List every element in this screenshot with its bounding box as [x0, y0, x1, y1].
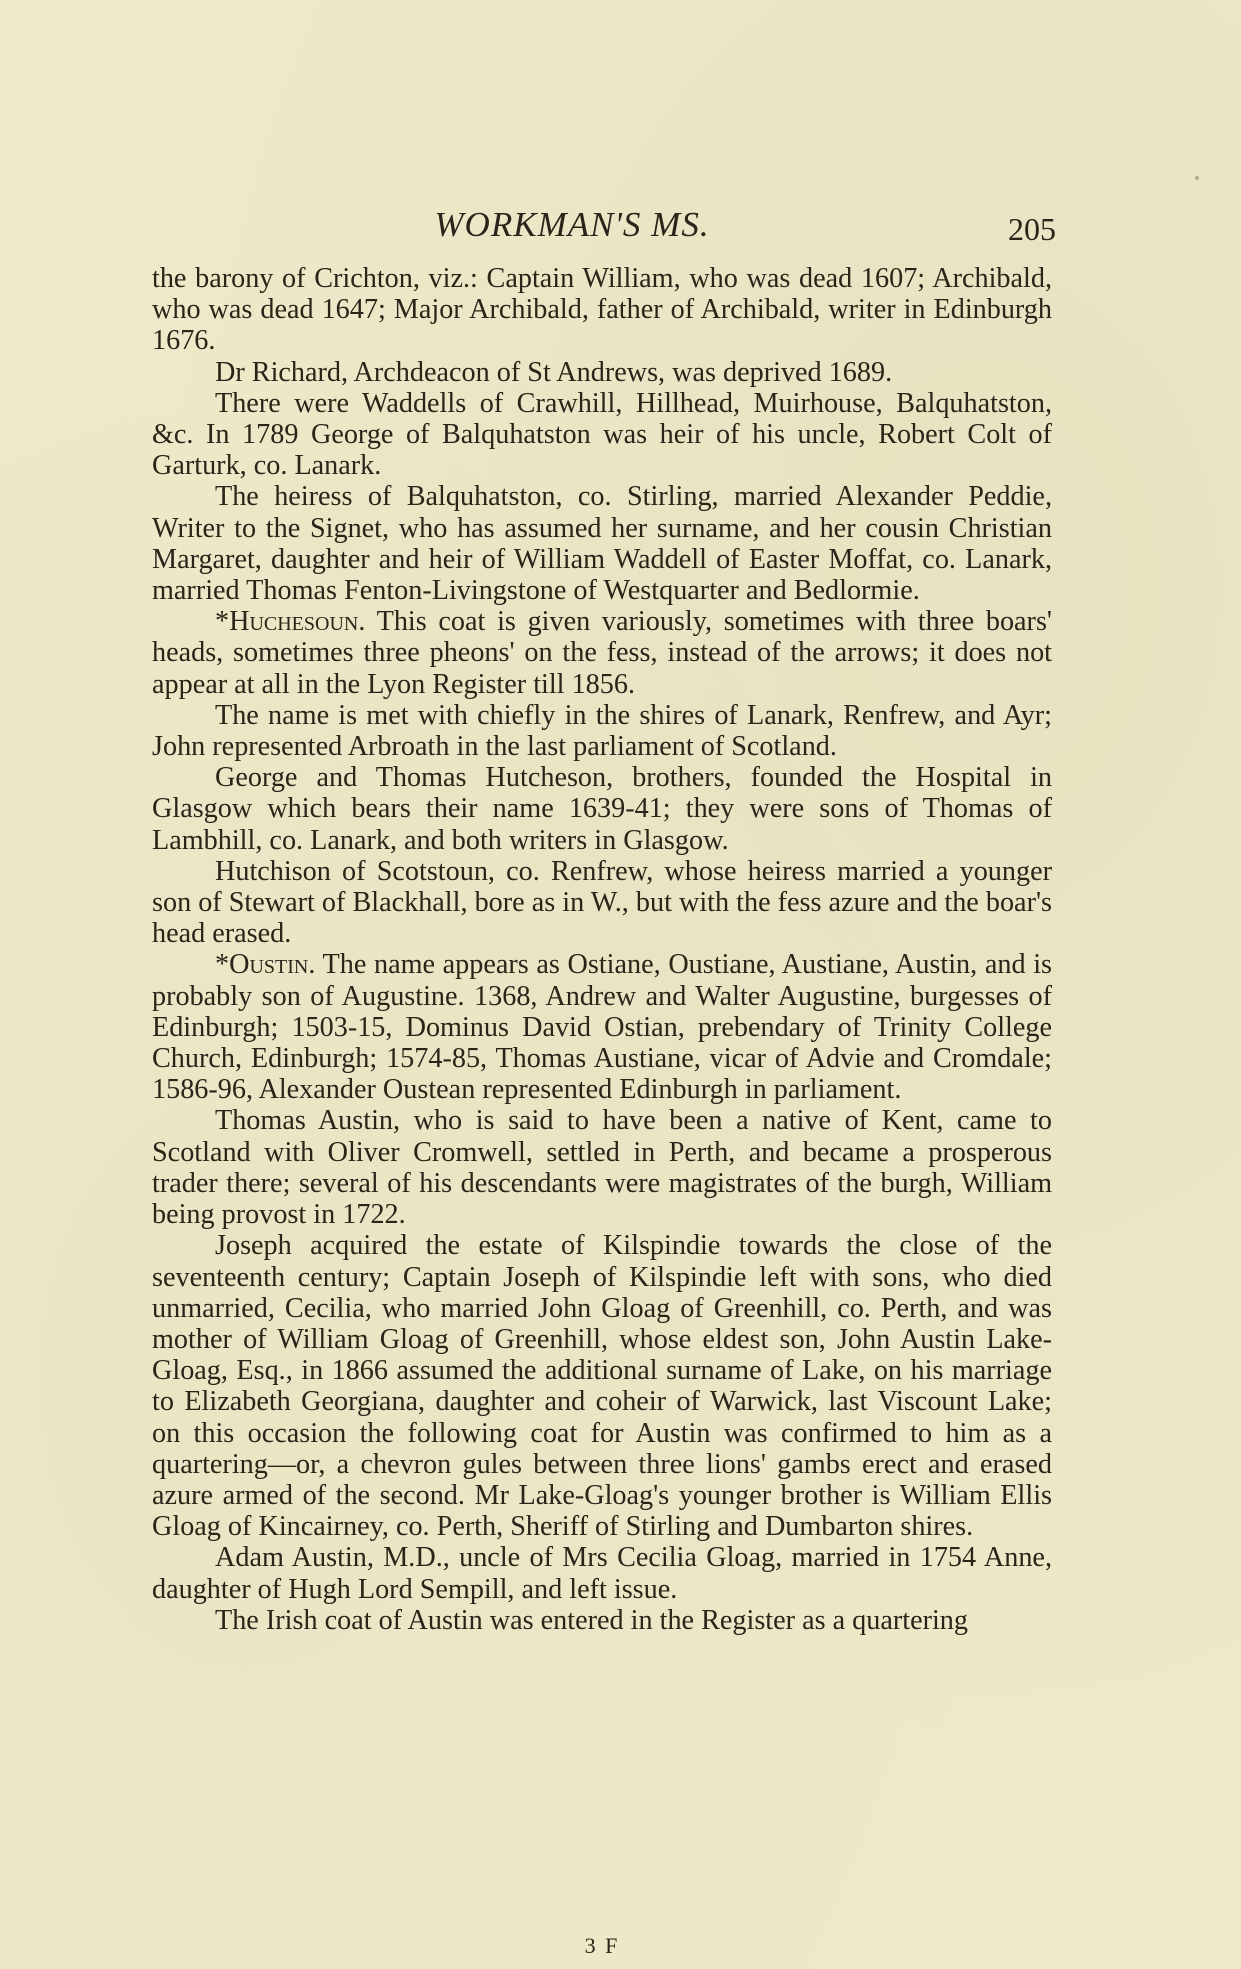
paragraph-text: Adam Austin, M.D., uncle of Mrs Cecilia …: [152, 1542, 1052, 1604]
paragraph: Dr Richard, Archdeacon of St Andrews, wa…: [152, 357, 1052, 388]
paper-speck: [1195, 176, 1199, 180]
signature-mark: 3 F: [152, 1933, 1052, 1959]
running-title: WORKMAN'S MS.: [152, 200, 1052, 250]
paragraph: The heiress of Balquhatston, co. Stirlin…: [152, 481, 1052, 606]
paragraph-huchesoun: *Huchesoun. This coat is given variously…: [152, 606, 1052, 700]
paragraph: the barony of Crichton, viz.: Captain Wi…: [152, 263, 1052, 357]
paragraph-text: George and Thomas Hutcheson, brothers, f…: [152, 762, 1052, 855]
paragraph-text: the barony of Crichton, viz.: Captain Wi…: [152, 263, 1052, 356]
paragraph-text: The Irish coat of Austin was entered in …: [215, 1605, 968, 1636]
paragraph-text: The name is met with chiefly in the shir…: [152, 700, 1052, 762]
paragraph: There were Waddells of Crawhill, Hillhea…: [152, 388, 1052, 482]
paragraph: The name is met with chiefly in the shir…: [152, 700, 1052, 762]
paragraph-text: Thomas Austin, who is said to have been …: [152, 1105, 1052, 1230]
paragraph-text: Joseph acquired the estate of Kilspindie…: [152, 1230, 1052, 1542]
running-head: WORKMAN'S MS. 205: [152, 200, 1052, 250]
body-text: the barony of Crichton, viz.: Captain Wi…: [152, 263, 1052, 1636]
paragraph: Joseph acquired the estate of Kilspindie…: [152, 1230, 1052, 1542]
paragraph-oustin: *Oustin. The name appears as Ostiane, Ou…: [152, 949, 1052, 1105]
paragraph: George and Thomas Hutcheson, brothers, f…: [152, 762, 1052, 856]
paragraph-text: Dr Richard, Archdeacon of St Andrews, wa…: [215, 357, 892, 388]
paragraph-text: The heiress of Balquhatston, co. Stirlin…: [152, 481, 1052, 606]
paragraph: Adam Austin, M.D., uncle of Mrs Cecilia …: [152, 1542, 1052, 1604]
paragraph-lead: *Oustin.: [215, 949, 315, 980]
paragraph: Hutchison of Scotstoun, co. Renfrew, who…: [152, 856, 1052, 950]
paragraph: The Irish coat of Austin was entered in …: [152, 1605, 1052, 1636]
paragraph-text: There were Waddells of Crawhill, Hillhea…: [152, 388, 1052, 481]
paragraph-text: Hutchison of Scotstoun, co. Renfrew, who…: [152, 856, 1052, 949]
paragraph: Thomas Austin, who is said to have been …: [152, 1105, 1052, 1230]
paragraph-lead: *Huchesoun.: [215, 606, 365, 637]
page-number: 205: [1008, 204, 1056, 254]
